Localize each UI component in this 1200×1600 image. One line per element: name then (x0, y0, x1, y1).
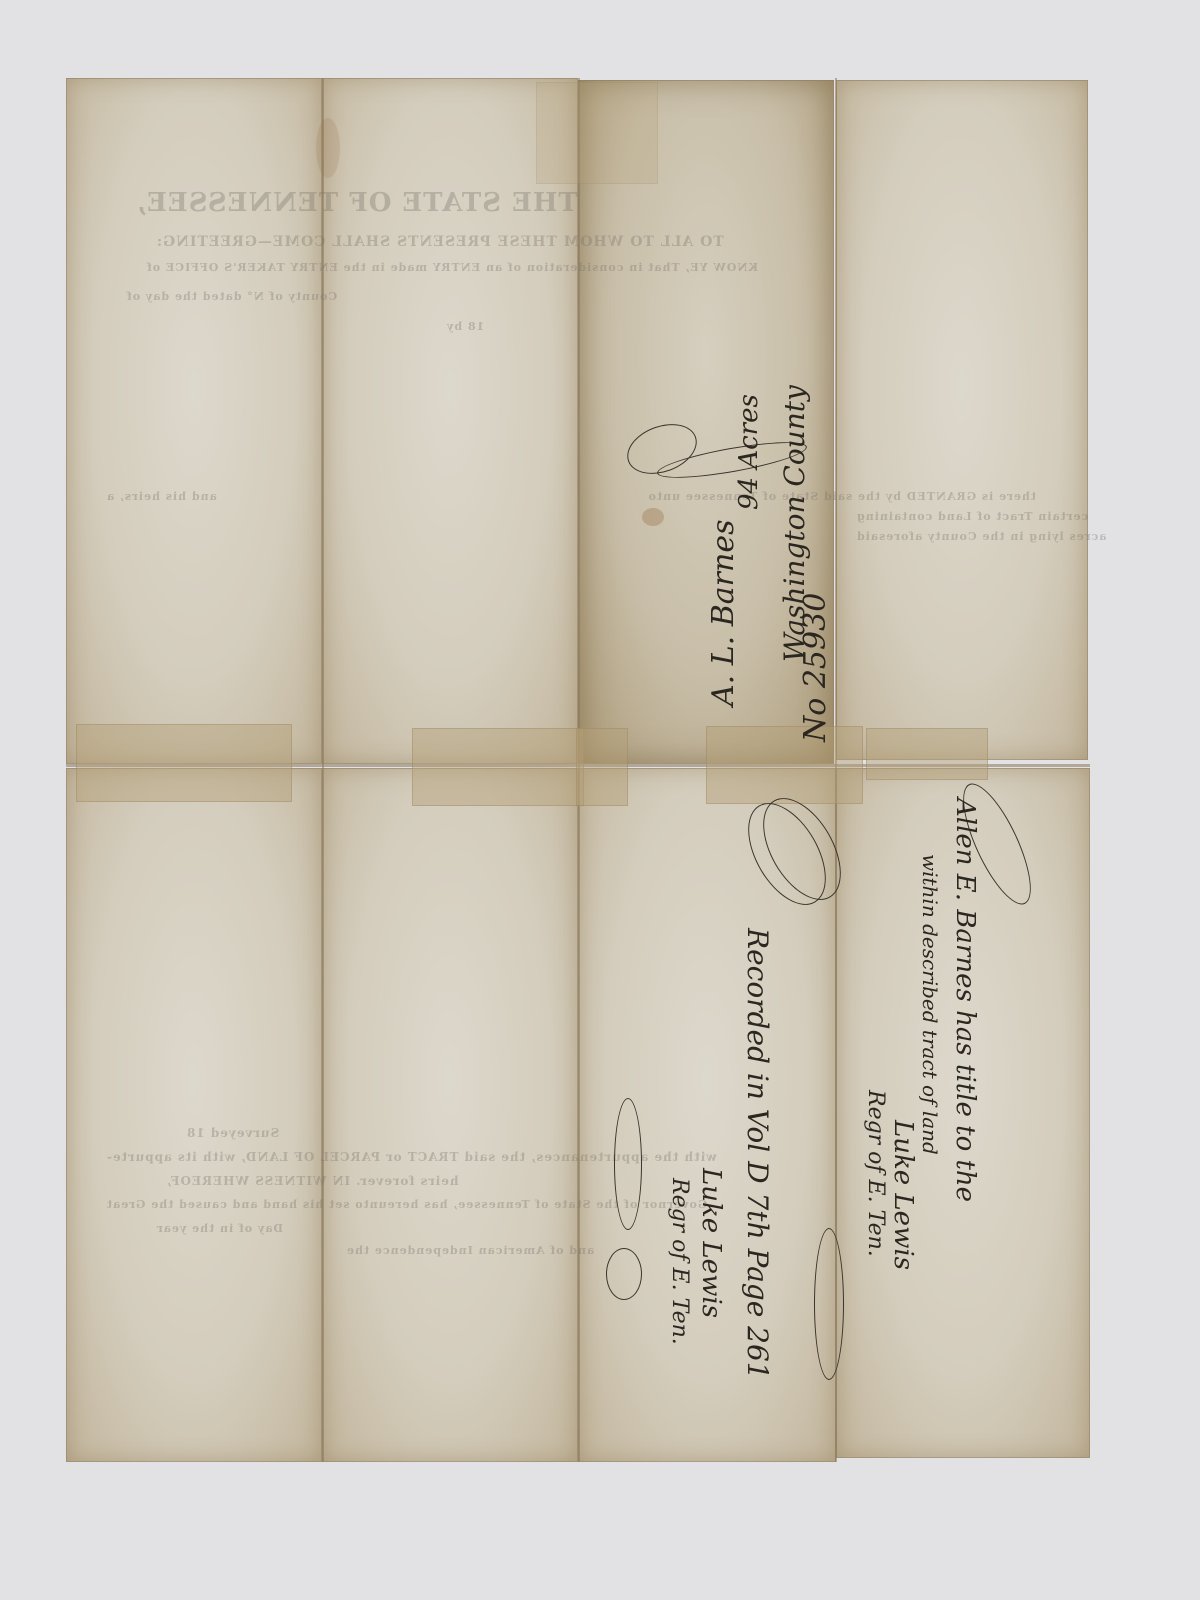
docket-acres: 94 Acres (734, 394, 764, 510)
water-stain (316, 118, 340, 178)
bleed-line-2: KNOW YE, That in consideration of an ENT… (146, 261, 758, 274)
recording-signature: Luke Lewis (696, 1168, 726, 1318)
panel-top-1 (66, 78, 322, 764)
panel-bottom-2 (322, 768, 578, 1462)
tape-strip (412, 728, 584, 806)
document-sheet: THE STATE OF TENNESSEE, TO ALL TO WHOM T… (66, 78, 1110, 1464)
tape-strip (536, 82, 658, 184)
registration-signature: Luke Lewis (888, 1120, 918, 1270)
bleed-mid-3: acres lying in the County aforesaid (856, 530, 1106, 543)
recording-title: Regr of E. Ten. (667, 1178, 692, 1345)
recording-flourish-lower (614, 1098, 642, 1230)
tape-strip (706, 726, 863, 804)
panel-bottom-1 (66, 768, 322, 1462)
bleed-line-1: TO ALL TO WHOM THESE PRESENTS SHALL COME… (156, 234, 724, 250)
bleed-line-3: County of N° dated the day of (126, 290, 337, 303)
registration-line-2: within described tract of land (918, 854, 942, 1155)
docket-number: No 25930 (798, 593, 833, 742)
registration-flourish-lower (814, 1228, 844, 1380)
tape-strip (76, 724, 292, 802)
ink-stain (642, 508, 664, 526)
recording-flourish-lower (606, 1248, 642, 1300)
registration-title: Regr of E. Ten. (863, 1090, 888, 1257)
bleed-mid-right: and his heirs, a (106, 490, 217, 503)
recording-line-1: Recorded in Vol D 7th Page 261 (741, 928, 774, 1380)
bleed-mid-2: certain Tract of Land containing (856, 510, 1088, 523)
registration-line-1: Allen E. Barnes has title to the (950, 798, 980, 1202)
bleed-bottom-3: heirs forever. IN WITNESS WHEREOF, (166, 1174, 459, 1188)
docket-grantee: A. L. Barnes (706, 520, 741, 706)
fold-1 (322, 78, 324, 1462)
tape-strip (576, 728, 628, 806)
bleed-line-4: 18 by (446, 320, 484, 333)
bleed-bottom-1: Surveyed 18 (186, 1126, 279, 1140)
bleed-bottom-6: and of American Independence the (346, 1244, 594, 1257)
tape-strip (866, 728, 988, 780)
panel-top-4 (836, 80, 1088, 760)
bleed-heading: THE STATE OF TENNESSEE, (136, 188, 578, 218)
bleed-bottom-5: Day of in the year (156, 1222, 283, 1235)
